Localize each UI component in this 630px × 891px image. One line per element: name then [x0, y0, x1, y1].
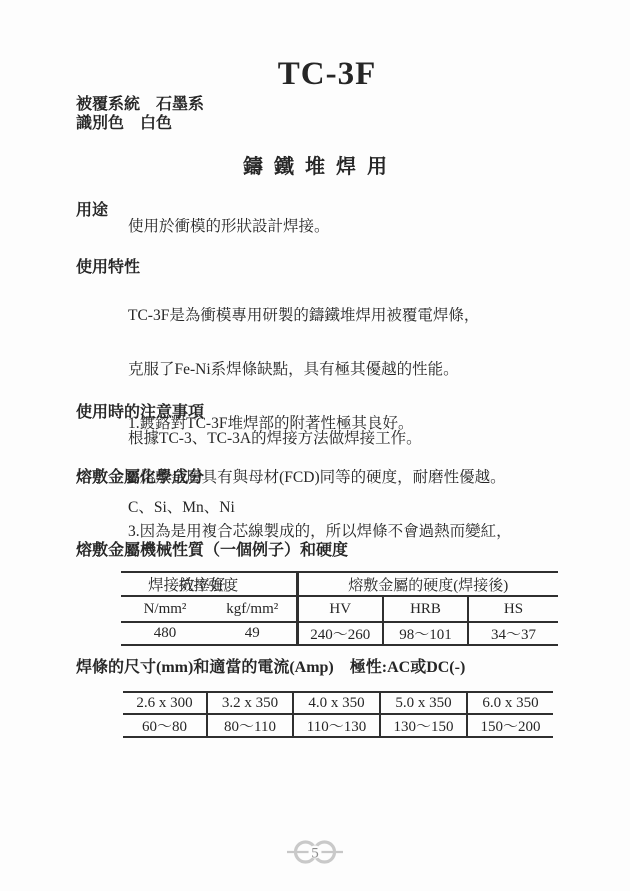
sizes-currents-table: 2.6 x 300 3.2 x 350 4.0 x 350 5.0 x 350 … — [123, 691, 553, 738]
current-cell: 60～80 — [123, 714, 207, 737]
mechanical-properties-table: 抗拉強度 熔敷金屬的硬度(焊接後) N/mm² kgf/mm² HV HRB H… — [121, 571, 558, 646]
value-hv: 240～260 — [297, 622, 383, 645]
section-heading-chemical-composition: 熔敷金屬化學成分 — [76, 464, 204, 487]
size-cell: 5.0 x 350 — [380, 692, 467, 714]
current-cell: 130～150 — [380, 714, 467, 737]
col-header-kgf-mm2: kgf/mm² — [209, 596, 297, 622]
document-page: TC-3F 被覆系統 石墨系 識別色 白色 鑄鐵堆焊用 用途 使用於衝模的形狀設… — [0, 0, 630, 891]
section-heading-precautions: 使用時的注意事項 — [76, 399, 204, 422]
current-cell: 110～130 — [293, 714, 380, 737]
characteristics-line: 克服了Fe-Ni系焊條缺點，具有極其優越的性能。 — [128, 361, 512, 379]
col-header-hv: HV — [297, 596, 383, 622]
col-header-n-mm2: N/mm² — [121, 596, 209, 622]
page-number: 5 — [311, 846, 319, 862]
table-row: 抗拉強度 熔敷金屬的硬度(焊接後) — [121, 572, 558, 596]
size-cell: 3.2 x 350 — [207, 692, 293, 714]
table-row: 60～80 80～110 110～130 130～150 150～200 — [123, 714, 553, 737]
coating-system-line: 被覆系統 石墨系 — [76, 95, 204, 114]
precautions-body: 根據TC-3、TC-3A的焊接方法做焊接工作。 — [128, 430, 422, 448]
size-cell: 2.6 x 300 — [123, 692, 207, 714]
table-row: N/mm² kgf/mm² HV HRB HS — [121, 596, 558, 622]
col-header-hrb: HRB — [383, 596, 468, 622]
page-footer: 5 — [0, 834, 630, 875]
size-cell: 4.0 x 350 — [293, 692, 380, 714]
table-row: 2.6 x 300 3.2 x 350 4.0 x 350 5.0 x 350 … — [123, 692, 553, 714]
document-subtitle: 鑄鐵堆焊用 — [0, 150, 630, 179]
section-heading-usage: 用途 — [76, 197, 108, 220]
table-row: 480 49 240～260 98～101 34～37 — [121, 622, 558, 645]
characteristics-line: TC-3F是為衝模專用研製的鑄鐵堆焊用被覆電焊條， — [128, 307, 512, 325]
usage-body: 使用於衝模的形狀設計焊接。 — [128, 218, 330, 236]
identification-color-line: 識別色 白色 — [76, 114, 172, 133]
col-header-hs: HS — [468, 596, 558, 622]
section-heading-mechanical-properties: 熔敷金屬機械性質（一個例子）和硬度 — [76, 537, 348, 560]
hardness-group-header: 熔敷金屬的硬度(焊接後) — [297, 572, 558, 596]
chemical-composition-body: C、Si、Mn、Ni — [128, 499, 235, 517]
section-heading-sizes-currents: 焊條的尺寸(mm)和適當的電流(Amp) 極性:AC或DC(-) — [76, 654, 465, 677]
value-hs: 34～37 — [468, 622, 558, 645]
current-cell: 80～110 — [207, 714, 293, 737]
page-number-ornament-icon: 5 — [286, 834, 344, 870]
tensile-strength-group-header: 抗拉強度 — [121, 572, 297, 596]
size-cell: 6.0 x 350 — [467, 692, 553, 714]
page-title: TC-3F — [12, 56, 630, 93]
value-kgf-mm2: 49 — [209, 622, 297, 645]
value-n-mm2: 480 — [121, 622, 209, 645]
value-hrb: 98～101 — [383, 622, 468, 645]
current-cell: 150～200 — [467, 714, 553, 737]
